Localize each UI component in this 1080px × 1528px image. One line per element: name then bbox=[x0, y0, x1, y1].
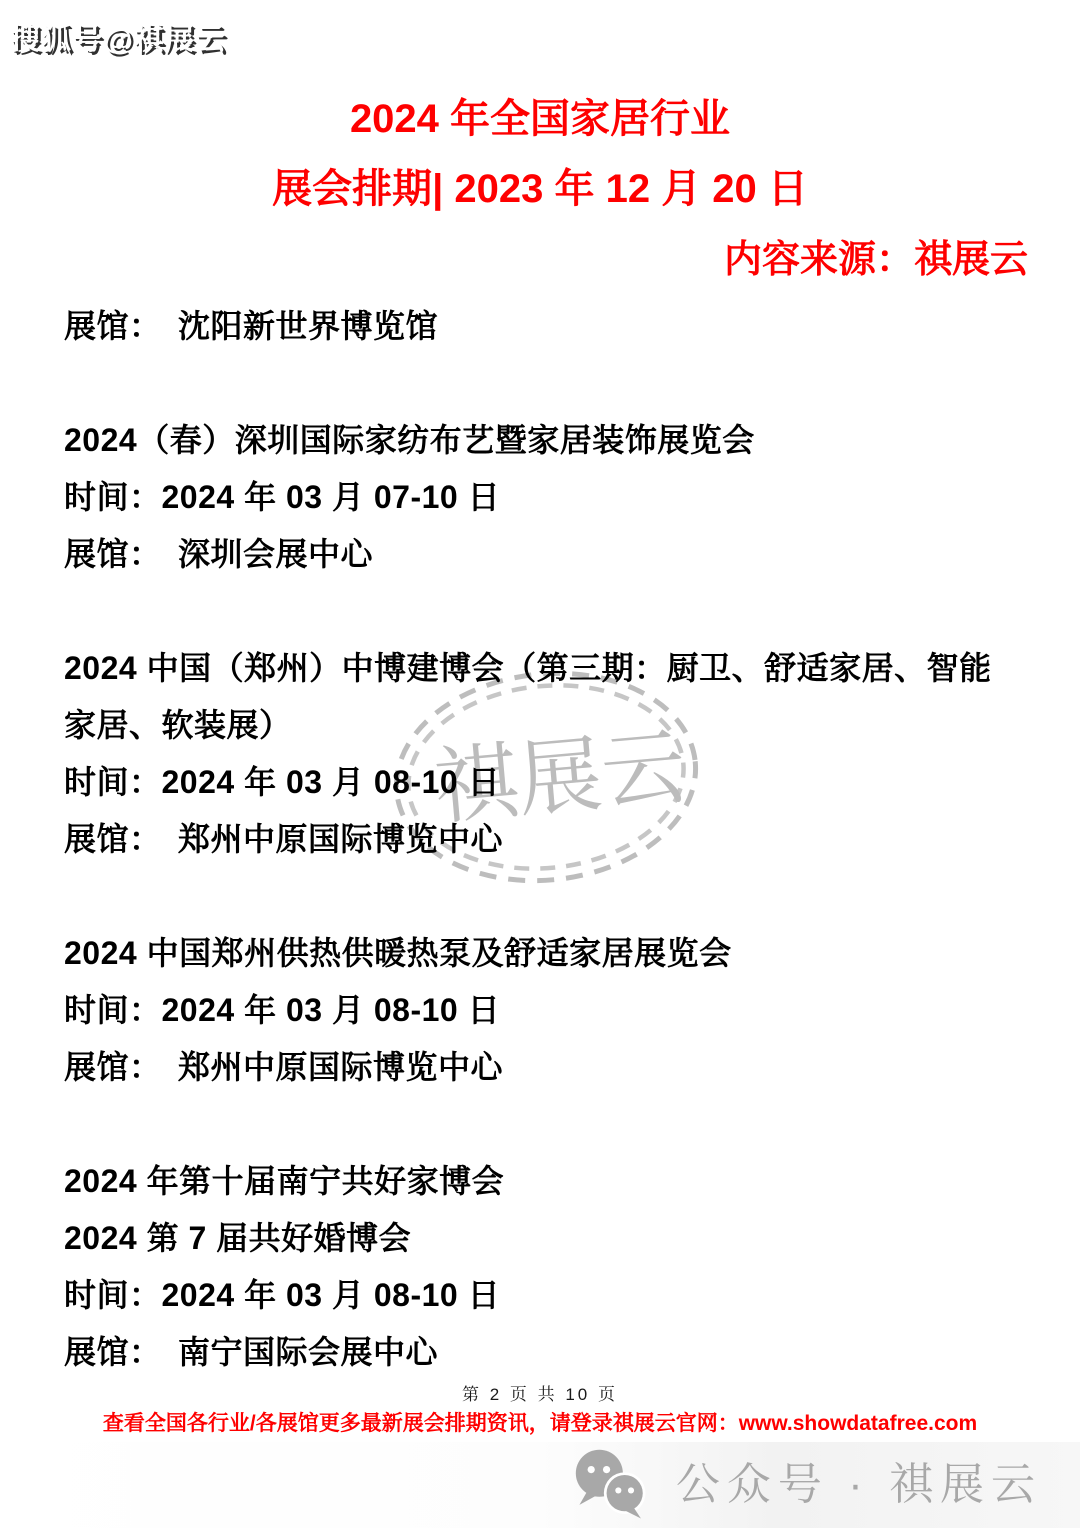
date-line: 时间：2024 年 03 月 08-10 日 bbox=[64, 754, 1024, 811]
exhibition-entry: 展馆： 沈阳新世界博览馆 bbox=[64, 298, 1024, 355]
official-account-label: 公众号 · 祺展云 bbox=[676, 1442, 1042, 1528]
content-source: 内容来源：祺展云 bbox=[724, 228, 1028, 283]
date-line: 时间：2024 年 03 月 07-10 日 bbox=[64, 469, 1024, 526]
exhibition-list: 展馆： 沈阳新世界博览馆 2024（春）深圳国际家纺布艺暨家居装饰展览会 时间：… bbox=[64, 298, 1024, 1438]
exhibition-title: 2024 第 7 届共好婚博会 bbox=[64, 1210, 1024, 1267]
date-line: 时间：2024 年 03 月 08-10 日 bbox=[64, 1267, 1024, 1324]
venue-line: 展馆： 郑州中原国际博览中心 bbox=[64, 1039, 1024, 1096]
exhibition-title: 2024 中国郑州供热供暖热泵及舒适家居展览会 bbox=[64, 925, 1024, 982]
exhibition-title: 2024（春）深圳国际家纺布艺暨家居装饰展览会 bbox=[64, 412, 1024, 469]
document-page: 搜狐号@祺展云 2024 年全国家居行业 展会排期| 2023 年 12 月 2… bbox=[0, 0, 1080, 1528]
venue-line: 展馆： 深圳会展中心 bbox=[64, 526, 1024, 583]
page-number: 第 2 页 共 10 页 bbox=[0, 1380, 1080, 1405]
page-title-line2: 展会排期| 2023 年 12 月 20 日 bbox=[0, 164, 1080, 214]
document-header: 2024 年全国家居行业 展会排期| 2023 年 12 月 20 日 bbox=[0, 94, 1080, 214]
venue-line: 展馆： 沈阳新世界博览馆 bbox=[64, 298, 1024, 355]
exhibition-entry: 2024（春）深圳国际家纺布艺暨家居装饰展览会 时间：2024 年 03 月 0… bbox=[64, 412, 1024, 583]
exhibition-entry: 2024 中国（郑州）中博建博会（第三期：厨卫、舒适家居、智能家居、软装展） 时… bbox=[64, 640, 1024, 868]
date-line: 时间：2024 年 03 月 08-10 日 bbox=[64, 982, 1024, 1039]
venue-line: 展馆： 南宁国际会展中心 bbox=[64, 1324, 1024, 1381]
exhibition-entry: 2024 中国郑州供热供暖热泵及舒适家居展览会 时间：2024 年 03 月 0… bbox=[64, 925, 1024, 1096]
footer-notice: 查看全国各行业/各展馆更多最新展会排期资讯，请登录祺展云官网：www.showd… bbox=[0, 1407, 1080, 1437]
exhibition-entry: 2024 年第十届南宁共好家博会 2024 第 7 届共好婚博会 时间：2024… bbox=[64, 1153, 1024, 1381]
wechat-icon bbox=[568, 1447, 656, 1523]
exhibition-title: 2024 年第十届南宁共好家博会 bbox=[64, 1153, 1024, 1210]
page-title-line1: 2024 年全国家居行业 bbox=[0, 94, 1080, 144]
sohu-account-watermark: 搜狐号@祺展云 bbox=[10, 14, 226, 58]
venue-line: 展馆： 郑州中原国际博览中心 bbox=[64, 811, 1024, 868]
official-account-banner: 公众号 · 祺展云 bbox=[0, 1442, 1080, 1528]
exhibition-title: 2024 中国（郑州）中博建博会（第三期：厨卫、舒适家居、智能家居、软装展） bbox=[64, 640, 1024, 754]
